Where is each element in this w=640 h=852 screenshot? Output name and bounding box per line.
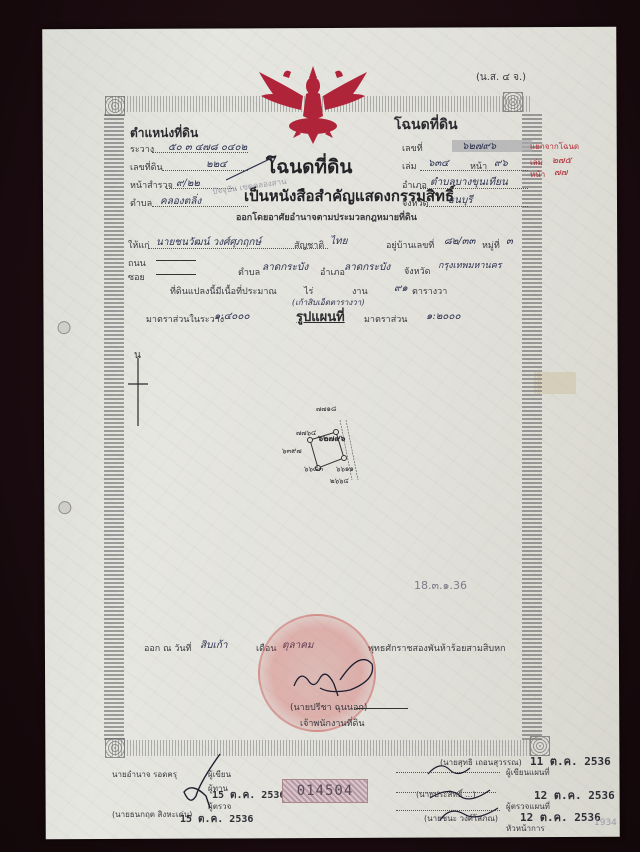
inspect-date-stamp: 15 ต.ค. 2536 [180,812,253,827]
nationality-label: สัญชาติ [294,238,324,252]
parcel-number-label: เลขที่ดิน [130,160,163,174]
pencil-code: 1934 [594,818,617,828]
split-from-deed-label: แยกจากโฉนด [530,140,579,153]
volume-value: ๖๓๔ [428,156,449,171]
wa-value: ๙๑ [394,281,408,296]
tambon-owner-label: ตำบล [238,265,260,279]
amphoe-owner-label: อำเภอ [320,265,345,279]
left-border [104,112,124,740]
owner-to-label: ให้แก่ [128,238,150,252]
plan-label: ๖๖๑๑ [336,464,354,475]
plan-title: รูปแผนที่ [296,306,345,327]
address-label: อยู่บ้านเลขที่ [386,238,434,252]
wa-label: ตารางวา [412,284,447,298]
moo-value: ๓ [506,234,513,249]
map-scale-value: ๑:๔๐๐๐ [214,309,250,324]
soi-blank [156,274,196,275]
issue-year: พุทธศักราชสองพันห้าร้อยสามสิบหก [368,641,505,655]
road-label: ถนน [128,256,146,270]
province-label: จังหวัด [402,196,429,210]
pencil-date: 18.๓.๑.36 [414,576,467,594]
map-sheet-label: ระวาง [130,142,154,156]
amphoe-owner-value: ลาดกระบัง [344,260,390,275]
deed-number-label: เลขที่ [402,141,423,155]
area-text: ที่ดินแปลงนี้มีเนื้อที่ประมาณ [170,284,277,298]
punch-hole [58,501,71,514]
corner-ornament [105,738,125,758]
address-value: ๘๒/๓๓ [444,234,475,249]
plan-label: ๖๖๘๓ [304,464,323,475]
volume-label: เล่ม [402,159,417,173]
deed-number-value: ๖๒๗๙๖ [462,139,496,154]
north-arrow-icon [126,358,150,428]
corner-ornament [105,96,125,116]
plan-label: ๗๗๖๔ [296,428,316,439]
field-line [426,206,528,207]
issued-on-label: ออก ณ วันที่ [144,641,191,655]
field-line [152,206,248,207]
field-line [420,188,528,189]
officer-title: เจ้าพนักงานที่ดิน [300,716,364,730]
surveyor-date: 11 ต.ค. 2536 [530,752,611,770]
officer-name: (นายปรีชา ฉุนนอก) [290,700,367,714]
soi-label: ซอย [128,270,145,284]
chief-date: 12 ต.ค. 2536 [520,808,601,826]
issued-by: ออกโดยอาศัยอำนาจตามประมวลกฎหมายที่ดิน [236,210,417,224]
punch-hole [58,321,71,334]
plan-label: ๒๖๖๔ [330,476,349,487]
field-line [420,170,528,171]
deed-heading: โฉนดที่ดิน [394,114,458,136]
plan-label: ๗๗๑๘ [316,404,336,415]
province-owner-label: จังหวัด [404,264,431,278]
signature-icon [420,760,510,830]
map-scale-label: มาตราส่วนในระวาง [146,312,224,326]
amphoe-label: อำเภอ [402,178,427,192]
plan-label: ๖๒๗๙๖ [318,432,345,445]
nationality-value: ไทย [330,234,347,249]
form-code: (น.ส. ๔ จ.) [476,70,526,85]
serial-number: 014504 [282,779,368,803]
tambon-label: ตำบล [130,196,152,210]
split-page-label: หน้า [530,168,545,181]
split-page-value: ๗๗ [554,165,568,179]
plan-scale-value: ๑:๒๐๐๐ [426,309,461,324]
corner-ornament [503,92,523,112]
signature-line [356,708,408,709]
writer-name: นายอำนาจ รอดครุ [112,768,177,781]
signature-icon [290,650,380,700]
map-checker-date: 12 ต.ค. 2536 [534,786,615,804]
province-owner-value: กรุงเทพมหานคร [438,258,502,272]
moo-label: หมู่ที่ [482,238,500,252]
survey-page-label: หน้าสำรวจ [130,178,173,192]
road-blank [156,260,196,261]
garuda-emblem-icon [253,64,373,146]
page-value: ๙๖ [494,156,508,171]
signature-icon [170,752,230,812]
issue-day: สิบเก้า [200,638,228,653]
plan-scale-label: มาตราส่วน [364,312,407,326]
plan-label: ๖๓๙๗ [282,446,302,457]
main-title: โฉนดที่ดิน [266,152,352,182]
tambon-owner-value: ลาดกระบัง [262,260,308,275]
